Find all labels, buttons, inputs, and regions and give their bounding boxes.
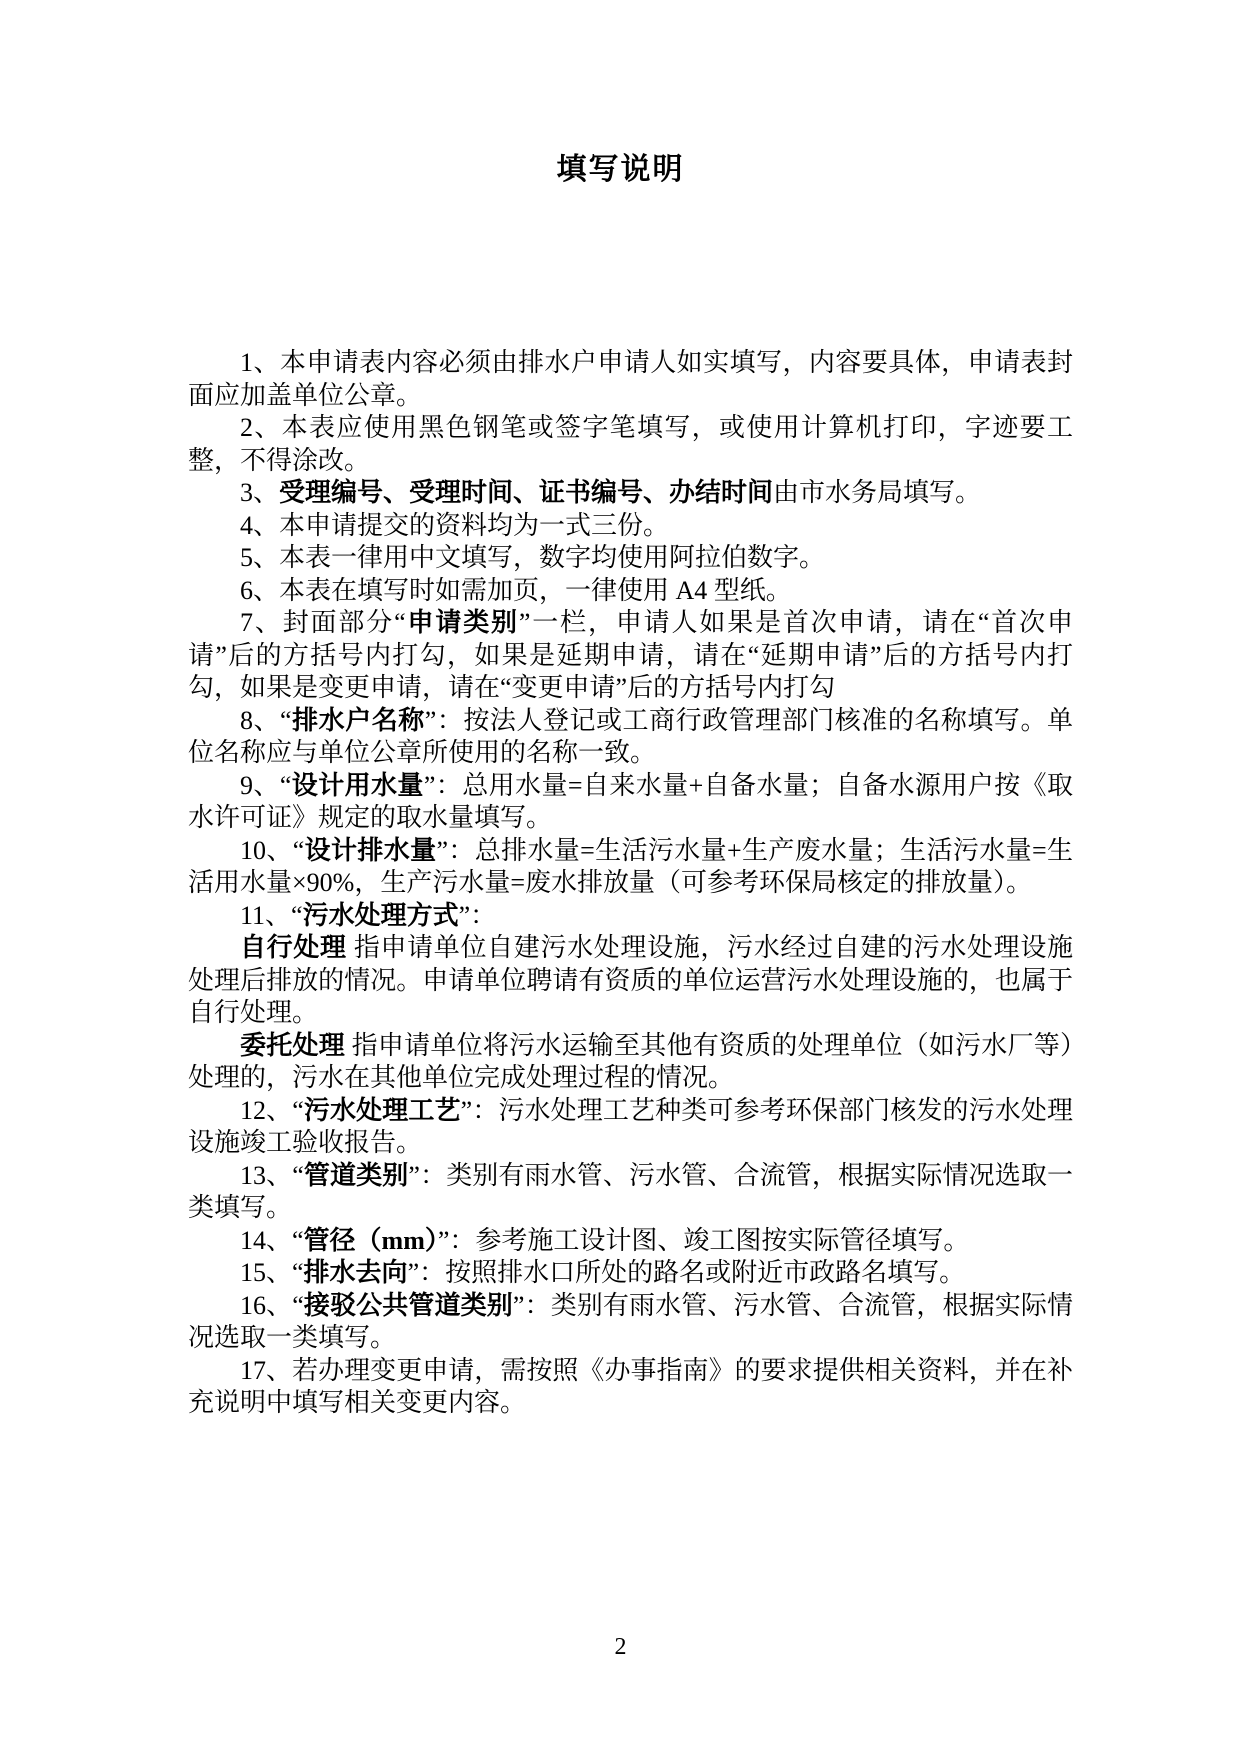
text-segment: 由市水务局填写。 [773, 478, 981, 507]
text-segment: 9、“ [240, 771, 291, 800]
instruction-item-7: 7、封面部分“申请类别”一栏，申请人如果是首次申请，请在“首次申请”后的方括号内… [188, 607, 1073, 705]
instruction-item-11-entrusted-treatment: 委托处理 指申请单位将污水运输至其他有资质的处理单位（如污水厂等）处理的，污水在… [188, 1030, 1073, 1095]
bold-term: 管径（mm） [304, 1226, 438, 1255]
text-segment: 17、若办理变更申请，需按照《办事指南》的要求提供相关资料，并在补充说明中填写相… [188, 1356, 1073, 1418]
text-segment: ”：按照排水口所处的路名或附近市政路名填写。 [408, 1258, 966, 1287]
instruction-item-4: 4、本申请提交的资料均为一式三份。 [188, 510, 1073, 543]
text-segment: 6、本表在填写时如需加页，一律使用 A4 型纸。 [240, 576, 792, 605]
bold-term: 设计排水量 [304, 836, 436, 865]
text-segment: 2、本表应使用黑色钢笔或签字笔填写，或使用计算机打印，字迹要工整，不得涂改。 [188, 413, 1073, 475]
instruction-item-6: 6、本表在填写时如需加页，一律使用 A4 型纸。 [188, 575, 1073, 608]
instruction-item-2: 2、本表应使用黑色钢笔或签字笔填写，或使用计算机打印，字迹要工整，不得涂改。 [188, 412, 1073, 477]
text-segment: 16、“ [240, 1291, 304, 1320]
instruction-item-17: 17、若办理变更申请，需按照《办事指南》的要求提供相关资料，并在补充说明中填写相… [188, 1355, 1073, 1420]
instruction-item-12: 12、“污水处理工艺”：污水处理工艺种类可参考环保部门核发的污水处理设施竣工验收… [188, 1095, 1073, 1160]
instruction-item-9: 9、“设计用水量”：总用水量=自来水量+自备水量；自备水源用户按《取水许可证》规… [188, 770, 1073, 835]
bold-term: 排水户名称 [292, 706, 425, 735]
text-segment: 4、本申请提交的资料均为一式三份。 [240, 511, 669, 540]
instruction-item-14: 14、“管径（mm）”：参考施工设计图、竣工图按实际管径填写。 [188, 1225, 1073, 1258]
text-segment: 7、封面部分“ [240, 608, 406, 637]
text-segment: 5、本表一律用中文填写，数字均使用阿拉伯数字。 [240, 543, 825, 572]
text-segment: ”：参考施工设计图、竣工图按实际管径填写。 [438, 1226, 970, 1255]
bold-term: 设计用水量 [291, 771, 423, 800]
text-segment: 13、“ [240, 1161, 304, 1190]
text-segment: 11、“ [240, 901, 303, 930]
instruction-item-5: 5、本表一律用中文填写，数字均使用阿拉伯数字。 [188, 542, 1073, 575]
instruction-item-3: 3、受理编号、受理时间、证书编号、办结时间由市水务局填写。 [188, 477, 1073, 510]
instruction-item-10: 10、“设计排水量”：总排水量=生活污水量+生产废水量；生活污水量=生活用水量×… [188, 835, 1073, 900]
instruction-item-16: 16、“接驳公共管道类别”：类别有雨水管、污水管、合流管，根据实际情况选取一类填… [188, 1290, 1073, 1355]
text-segment: 15、“ [240, 1258, 304, 1287]
bold-term: 排水去向 [304, 1258, 408, 1287]
bold-term: 污水处理方式 [303, 901, 459, 930]
bold-term: 接驳公共管道类别 [304, 1291, 513, 1320]
bold-term: 管道类别 [304, 1161, 409, 1190]
text-segment: 12、“ [240, 1096, 304, 1125]
bold-term: 委托处理 [240, 1031, 345, 1060]
instruction-item-1: 1、本申请表内容必须由排水户申请人如实填写，内容要具体，申请表封面应加盖单位公章… [188, 347, 1073, 412]
page-title: 填写说明 [0, 0, 1241, 187]
text-segment: 3、 [240, 478, 279, 507]
document-page: 填写说明 1、本申请表内容必须由排水户申请人如实填写，内容要具体，申请表封面应加… [0, 0, 1241, 1754]
text-segment: 1、本申请表内容必须由排水户申请人如实填写，内容要具体，申请表封面应加盖单位公章… [188, 348, 1073, 410]
text-segment: 10、“ [240, 836, 304, 865]
bold-term: 自行处理 [240, 933, 347, 962]
text-segment: 14、“ [240, 1226, 304, 1255]
instruction-item-11: 11、“污水处理方式”： [188, 900, 1073, 933]
instruction-item-15: 15、“排水去向”：按照排水口所处的路名或附近市政路名填写。 [188, 1257, 1073, 1290]
bold-term: 污水处理工艺 [304, 1096, 461, 1125]
text-segment: 8、“ [240, 706, 292, 735]
instructions-list: 1、本申请表内容必须由排水户申请人如实填写，内容要具体，申请表封面应加盖单位公章… [188, 347, 1073, 1420]
bold-term: 受理编号、受理时间、证书编号、办结时间 [279, 478, 773, 507]
text-segment: ”： [459, 901, 497, 930]
instruction-item-13: 13、“管道类别”：类别有雨水管、污水管、合流管，根据实际情况选取一类填写。 [188, 1160, 1073, 1225]
bold-term: 申请类别 [406, 608, 519, 637]
instruction-item-8: 8、“排水户名称”：按法人登记或工商行政管理部门核准的名称填写。单位名称应与单位… [188, 705, 1073, 770]
page-number: 2 [0, 1633, 1241, 1661]
instruction-item-11-self-treatment: 自行处理 指申请单位自建污水处理设施，污水经过自建的污水处理设施处理后排放的情况… [188, 932, 1073, 1030]
